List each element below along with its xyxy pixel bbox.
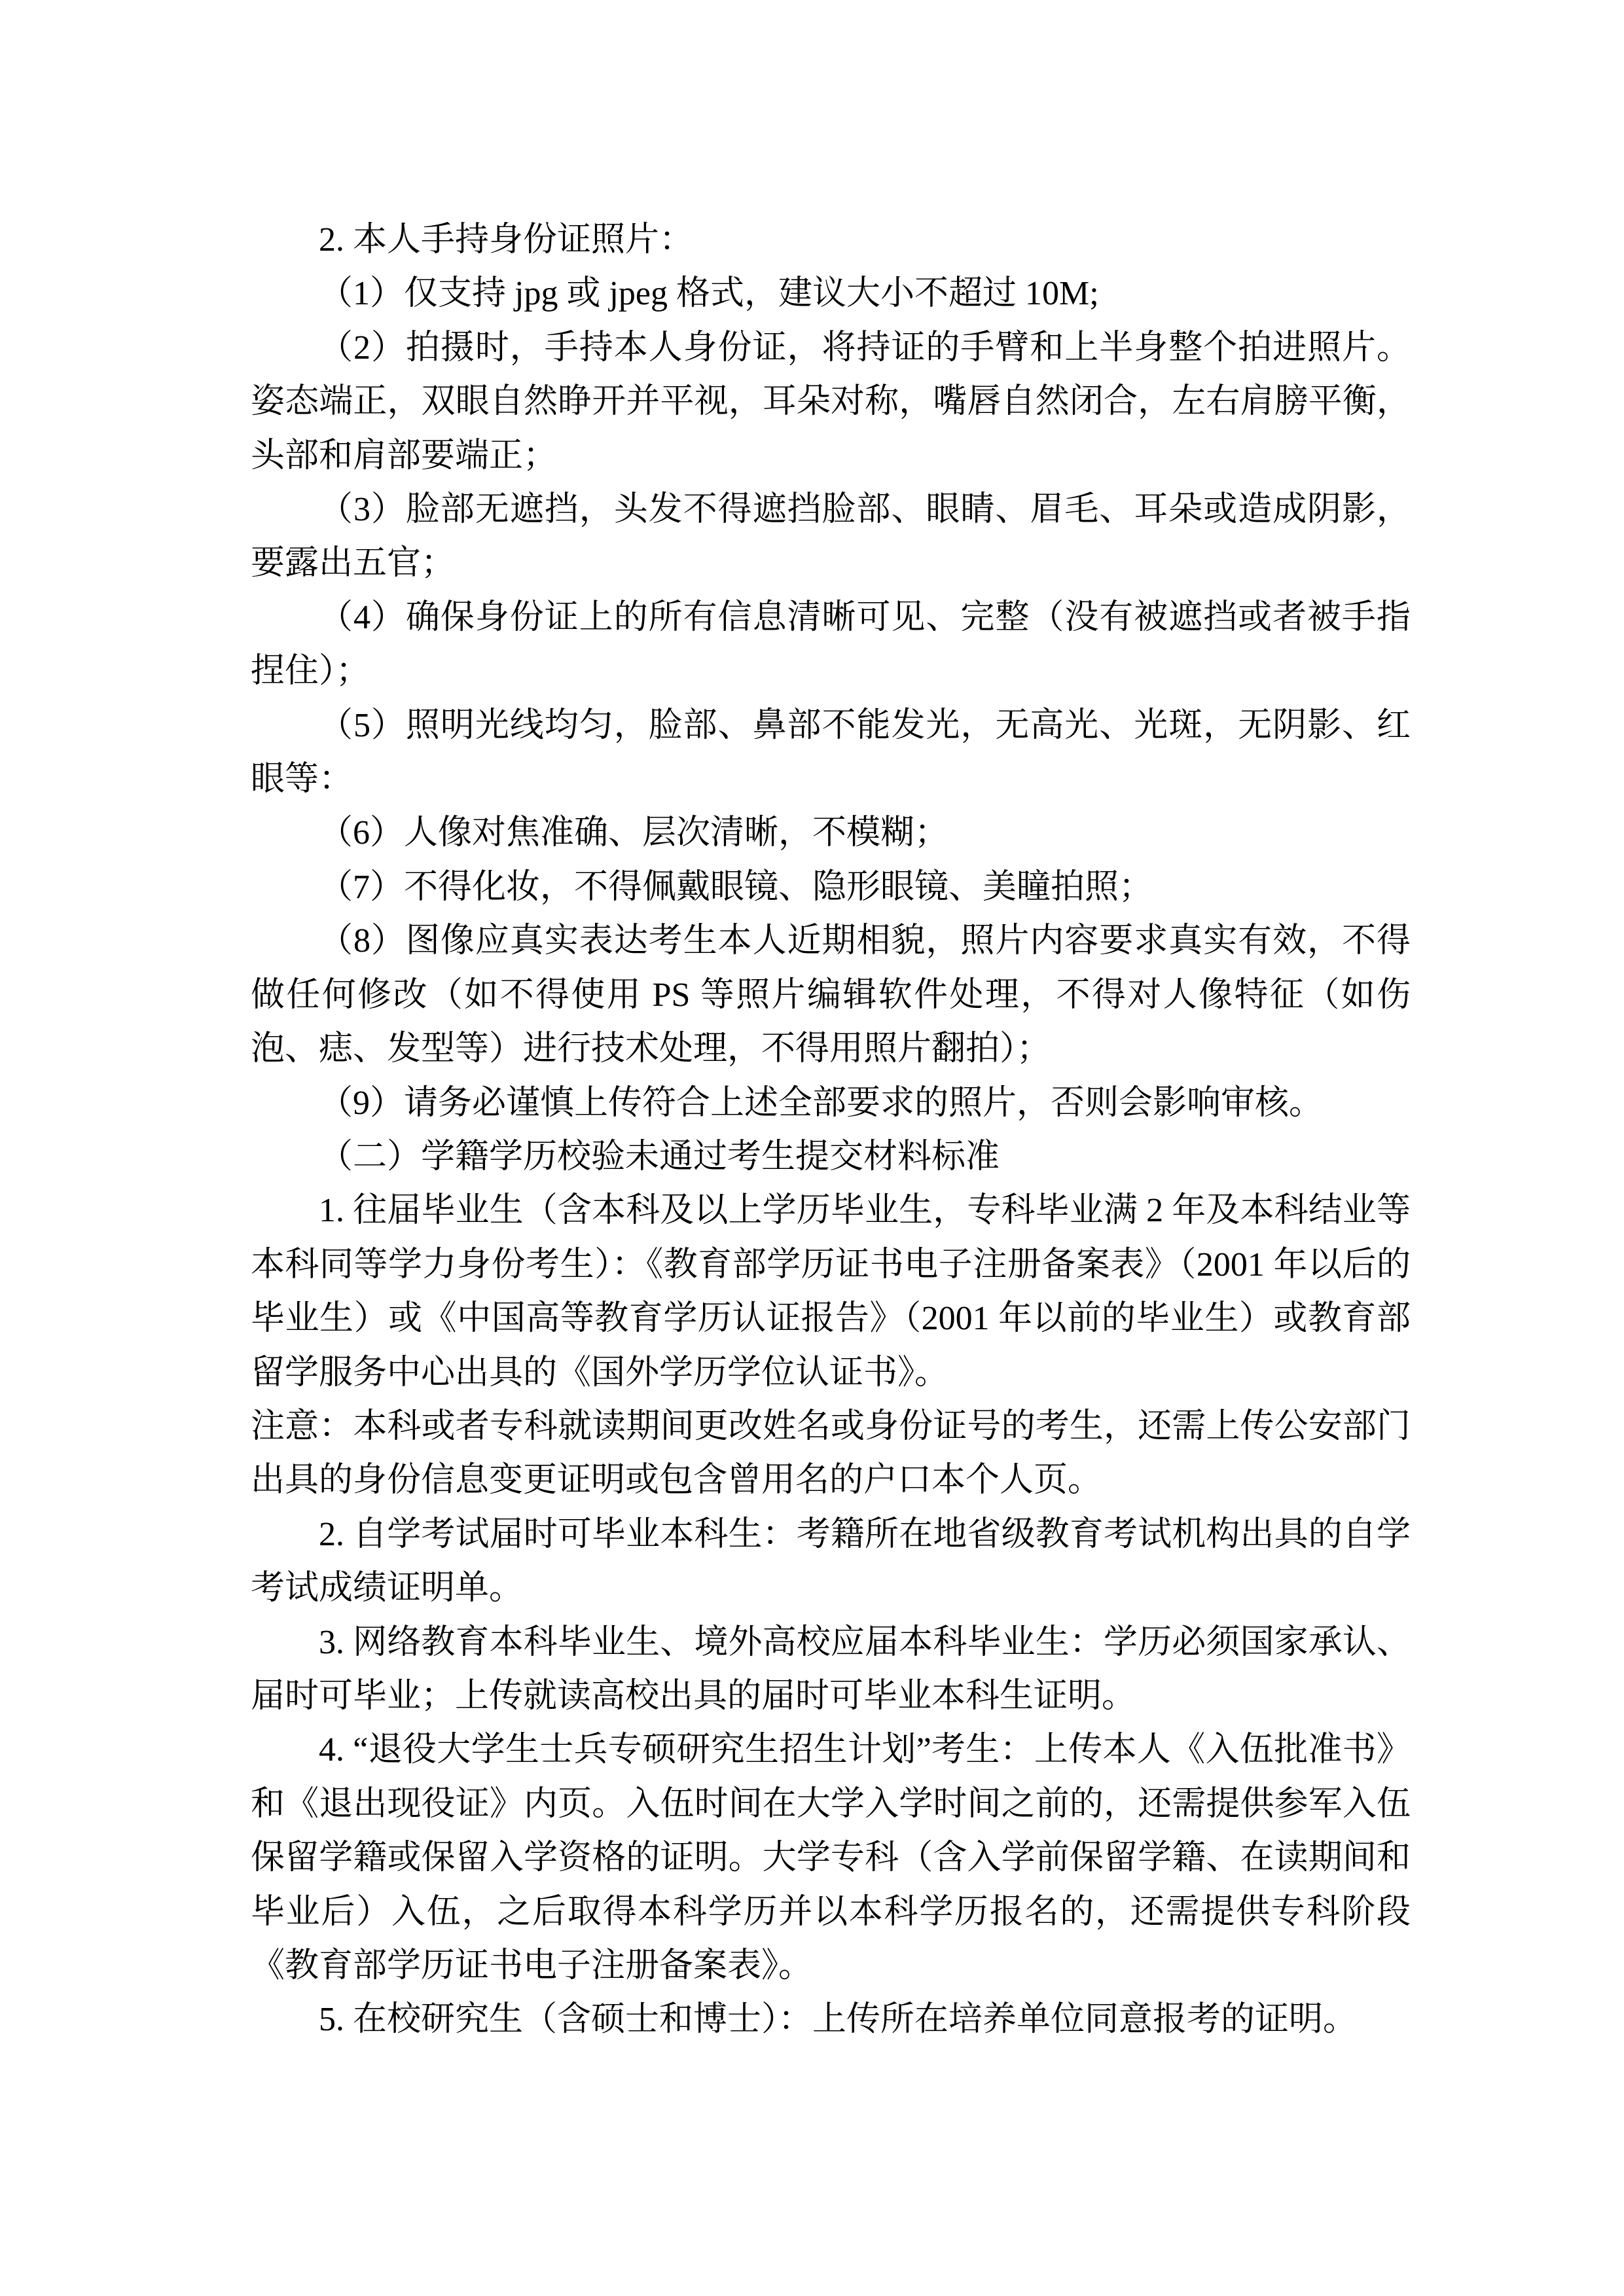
- paragraph-10: （9）请务必谨慎上传符合上述全部要求的照片，否则会影响审核。: [251, 1077, 1411, 1130]
- paragraph-16: 4. “退役大学生士兵专硕研究生招生计划”考生：上传本人《入伍批准书》和《退出现…: [251, 1723, 1411, 1993]
- document-body-text: 2. 本人手持身份证照片：（1）仅支持 jpg 或 jpeg 格式，建议大小不超…: [251, 213, 1411, 2047]
- paragraph-14: 2. 自学考试届时可毕业本科生：考籍所在地省级教育考试机构出具的自学考试成绩证明…: [251, 1508, 1411, 1616]
- paragraph-4: （3）脸部无遮挡，头发不得遮挡脸部、眼睛、眉毛、耳朵或造成阴影，要露出五官；: [251, 483, 1411, 591]
- paragraph-11: （二）学籍学历校验未通过考生提交材料标准: [251, 1130, 1411, 1184]
- paragraph-8: （7）不得化妆，不得佩戴眼镜、隐形眼镜、美瞳拍照；: [251, 861, 1411, 914]
- paragraph-3: （2）拍摄时，手持本人身份证，将持证的手臂和上半身整个拍进照片。姿态端正，双眼自…: [251, 321, 1411, 483]
- paragraph-1: 2. 本人手持身份证照片：: [251, 213, 1411, 267]
- paragraph-12: 1. 往届毕业生（含本科及以上学历毕业生，专科毕业满 2 年及本科结业等本科同等…: [251, 1184, 1411, 1400]
- paragraph-6: （5）照明光线均匀，脸部、鼻部不能发光，无高光、光斑，无阴影、红眼等：: [251, 699, 1411, 807]
- paragraph-15: 3. 网络教育本科毕业生、境外高校应届本科毕业生：学历必须国家承认、届时可毕业；…: [251, 1616, 1411, 1724]
- paragraph-17: 5. 在校研究生（含硕士和博士）：上传所在培养单位同意报考的证明。: [251, 1993, 1411, 2047]
- paragraph-2: （1）仅支持 jpg 或 jpeg 格式，建议大小不超过 10M;: [251, 267, 1411, 321]
- paragraph-7: （6）人像对焦准确、层次清晰，不模糊；: [251, 806, 1411, 860]
- paragraph-5: （4）确保身份证上的所有信息清晰可见、完整（没有被遮挡或者被手指捏住）；: [251, 591, 1411, 699]
- paragraph-9: （8）图像应真实表达考生本人近期相貌，照片内容要求真实有效，不得做任何修改（如不…: [251, 914, 1411, 1076]
- document-page: 2. 本人手持身份证照片：（1）仅支持 jpg 或 jpeg 格式，建议大小不超…: [0, 0, 1624, 2296]
- paragraph-13: 注意：本科或者专科就读期间更改姓名或身份证号的考生，还需上传公安部门出具的身份信…: [251, 1400, 1411, 1508]
